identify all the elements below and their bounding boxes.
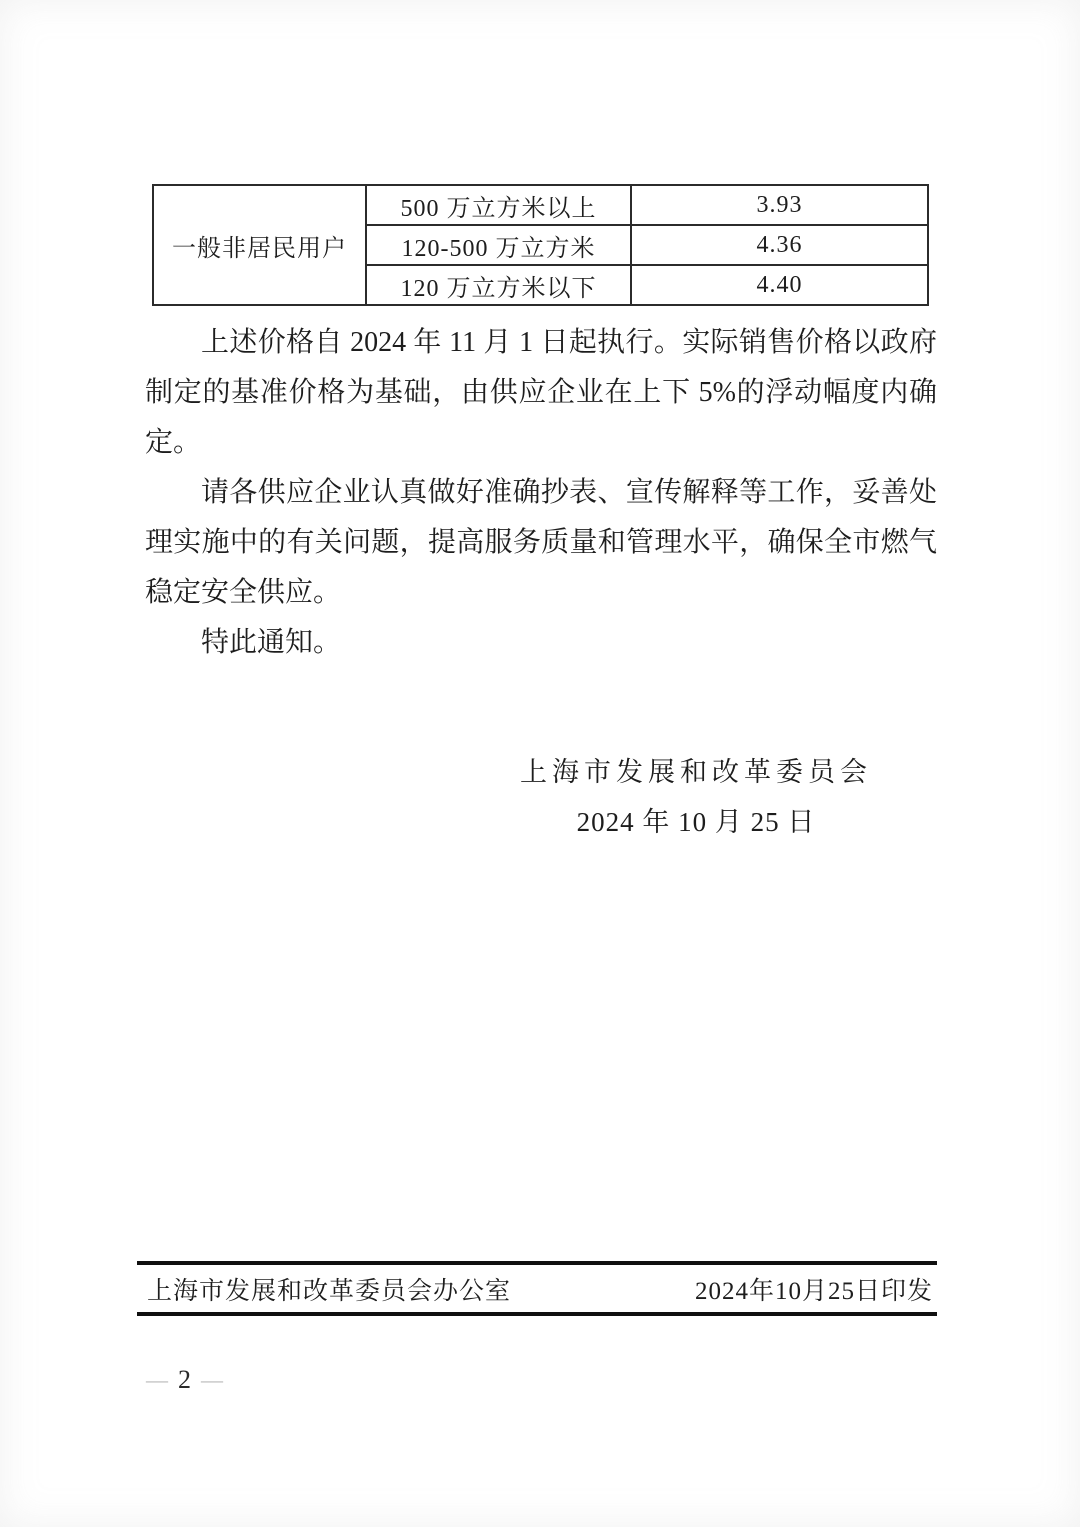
page-number: — 2 — (146, 1365, 223, 1395)
document-page: 一般非居民用户 500 万立方米以上 3.93 120-500 万立方米 4.3… (0, 0, 1080, 1527)
tier-cell: 120 万立方米以下 (366, 265, 631, 305)
tier-cell: 120-500 万立方米 (366, 225, 631, 265)
tier-cell: 500 万立方米以上 (366, 185, 631, 225)
imprint-office: 上海市发展和改革委员会办公室 (147, 1271, 511, 1307)
page-number-right-dash: — (201, 1367, 223, 1393)
user-category-cell: 一般非居民用户 (153, 185, 366, 305)
issuing-authority: 上海市发展和改革委员会 (520, 747, 872, 797)
page-number-left-dash: — (146, 1367, 168, 1393)
price-cell: 4.40 (631, 265, 928, 305)
paragraph-closing: 特此通知。 (145, 618, 937, 668)
signature-date: 2024 年 10 月 25 日 (520, 797, 872, 847)
gas-price-table: 一般非居民用户 500 万立方米以上 3.93 120-500 万立方米 4.3… (152, 184, 929, 306)
price-cell: 3.93 (631, 185, 928, 225)
paragraph-effective-date: 上述价格自 2024 年 11 月 1 日起执行。实际销售价格以政府制定的基准价… (145, 318, 937, 468)
page-number-value: 2 (178, 1365, 191, 1395)
notice-body: 上述价格自 2024 年 11 月 1 日起执行。实际销售价格以政府制定的基准价… (145, 318, 937, 668)
price-cell: 4.36 (631, 225, 928, 265)
paragraph-supplier-requirements: 请各供应企业认真做好准确抄表、宣传解释等工作，妥善处理实施中的有关问题，提高服务… (145, 468, 937, 618)
imprint-bar: 上海市发展和改革委员会办公室 2024年10月25日印发 (137, 1261, 937, 1316)
table-row: 一般非居民用户 500 万立方米以上 3.93 (153, 185, 928, 225)
imprint-issue-date: 2024年10月25日印发 (695, 1271, 933, 1307)
signature-block: 上海市发展和改革委员会 2024 年 10 月 25 日 (520, 747, 872, 847)
